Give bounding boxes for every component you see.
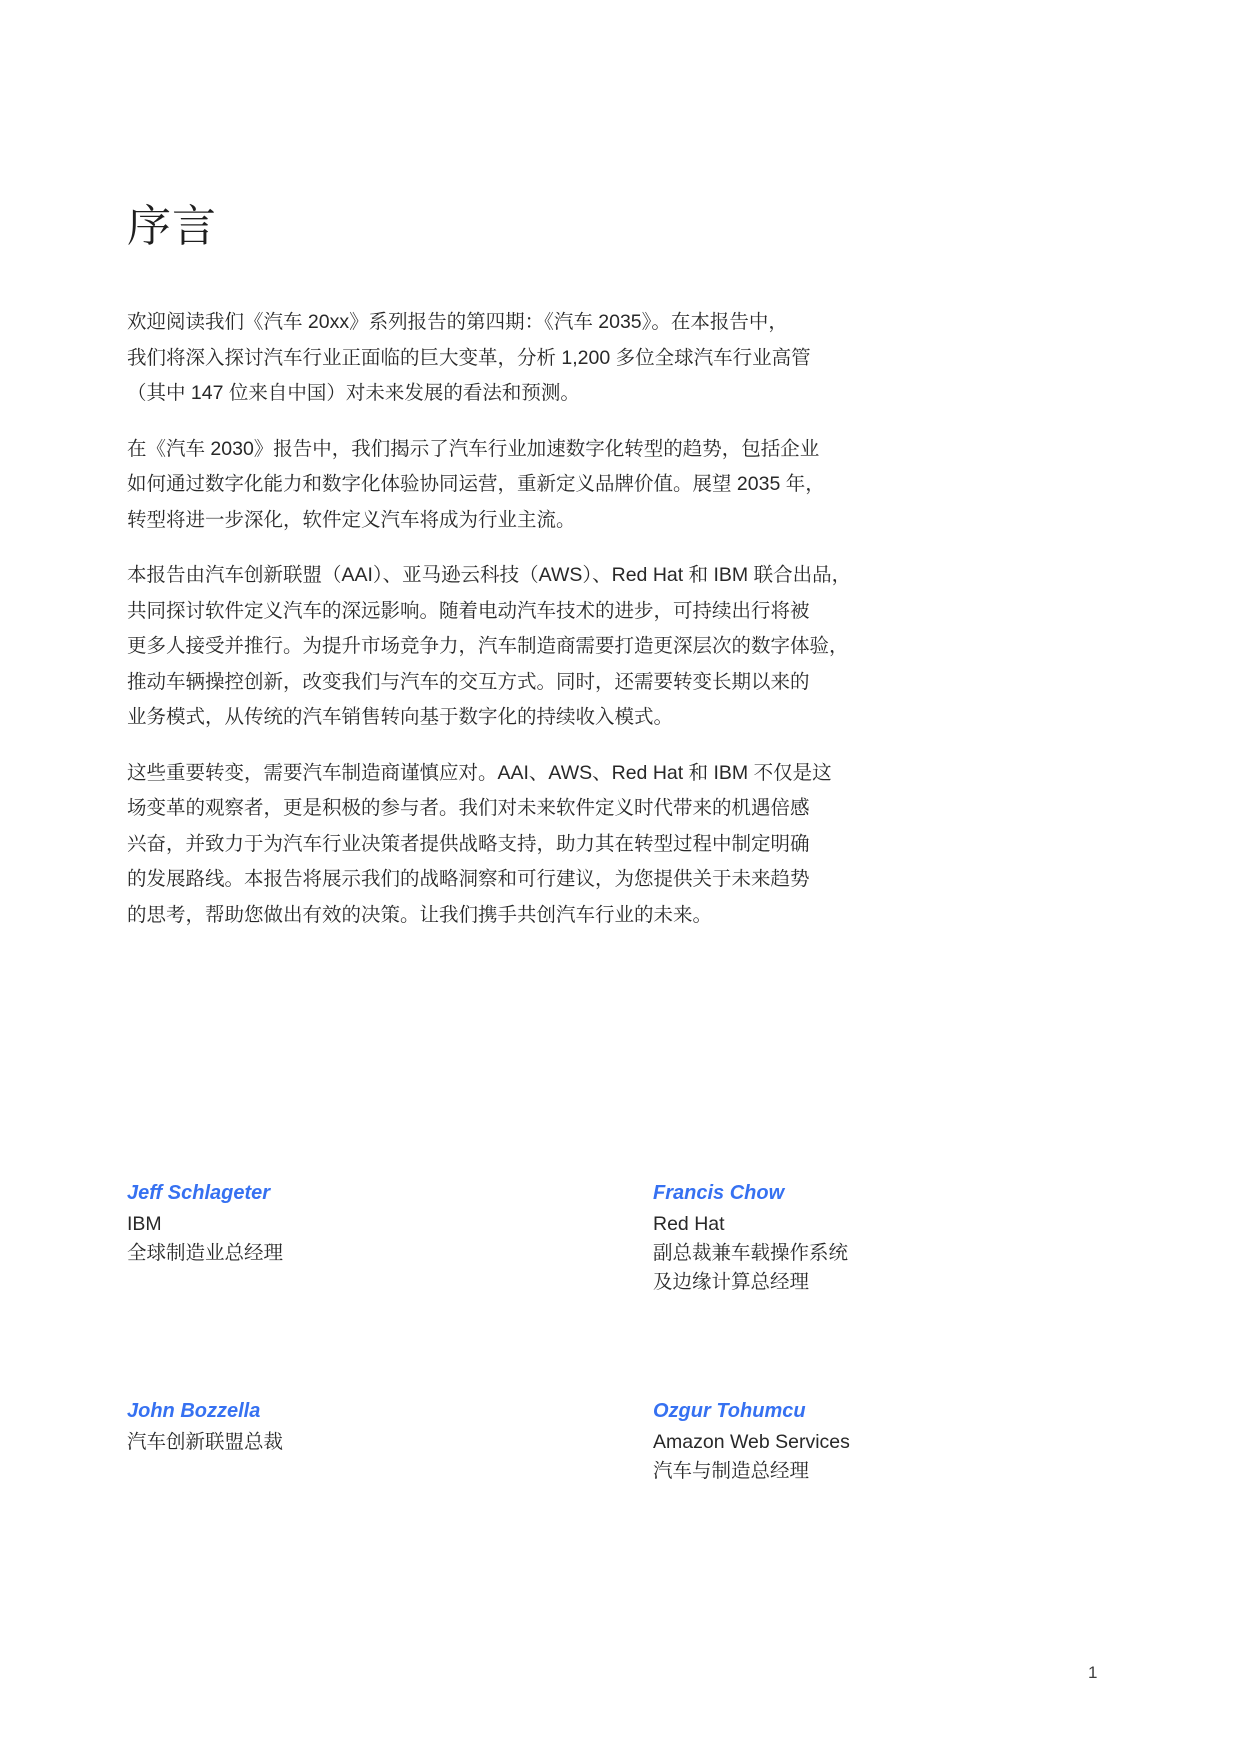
signature-name: Francis Chow <box>653 1178 1093 1208</box>
signature-block: John Bozzella 汽车创新联盟总裁 <box>127 1396 567 1457</box>
signature-details: Amazon Web Services 汽车与制造总经理 <box>653 1428 1093 1486</box>
body-paragraph: 在《汽车 2030》报告中，我们揭示了汽车行业加速数字化转型的趋势，包括企业 如… <box>127 432 947 539</box>
signature-name: Ozgur Tohumcu <box>653 1396 1093 1426</box>
signature-name: John Bozzella <box>127 1396 567 1426</box>
signature-block: Jeff Schlageter IBM 全球制造业总经理 <box>127 1178 567 1268</box>
signature-details: IBM 全球制造业总经理 <box>127 1210 567 1268</box>
document-page: 序言 欢迎阅读我们《汽车 20xx》系列报告的第四期：《汽车 2035》。在本报… <box>0 0 1240 1754</box>
body-copy: 欢迎阅读我们《汽车 20xx》系列报告的第四期：《汽车 2035》。在本报告中，… <box>127 305 947 953</box>
signature-block: Ozgur Tohumcu Amazon Web Services 汽车与制造总… <box>653 1396 1093 1486</box>
page-title: 序言 <box>127 201 217 254</box>
signature-details: Red Hat 副总裁兼车载操作系统 及边缘计算总经理 <box>653 1210 1093 1297</box>
body-paragraph: 本报告由汽车创新联盟（AAI）、亚马逊云科技（AWS）、Red Hat 和 IB… <box>127 558 947 736</box>
body-paragraph: 这些重要转变，需要汽车制造商谨慎应对。AAI、AWS、Red Hat 和 IBM… <box>127 756 947 934</box>
signature-details: 汽车创新联盟总裁 <box>127 1428 567 1457</box>
page-number: 1 <box>1088 1662 1097 1684</box>
signature-block: Francis Chow Red Hat 副总裁兼车载操作系统 及边缘计算总经理 <box>653 1178 1093 1297</box>
signature-name: Jeff Schlageter <box>127 1178 567 1208</box>
body-paragraph: 欢迎阅读我们《汽车 20xx》系列报告的第四期：《汽车 2035》。在本报告中，… <box>127 305 947 412</box>
